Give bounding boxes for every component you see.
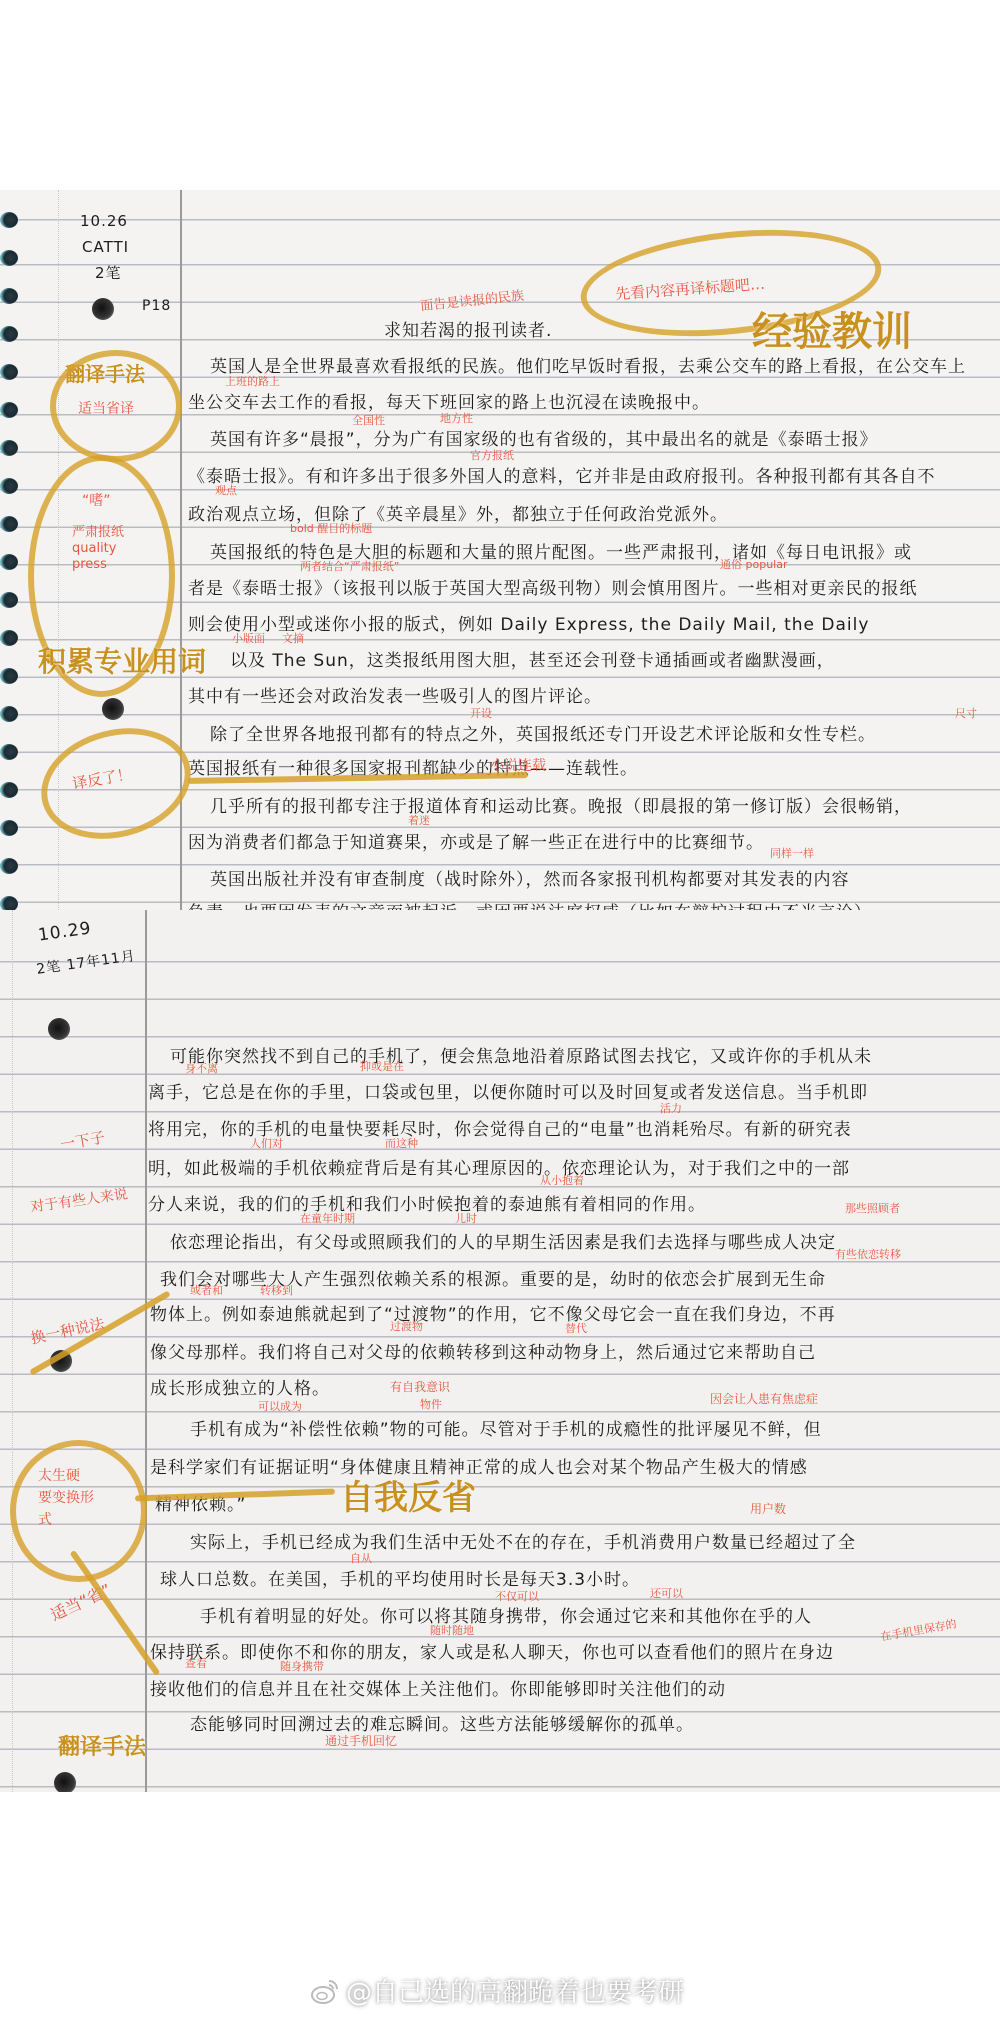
red-annotation: 面告是读报的民族 (419, 285, 524, 315)
spiral-binding (0, 190, 20, 910)
text-line: 者是《泰晤士报》（该报刊以版于英国大型高级刊物）则会慎用图片。一些相对更亲民的报… (188, 574, 918, 599)
text-line: 球人口总数。在美国，手机的平均使用时长是每天3.3小时。 (160, 1565, 640, 1590)
red-annotation: 官方报纸 (470, 447, 514, 463)
text-line: 手机有着明显的好处。你可以将其随身携带，你会通过它来和其他你在乎的人 (200, 1602, 812, 1627)
margin-note: 一下子 (59, 1126, 107, 1154)
red-annotation: bold 醒目的标题 (290, 520, 372, 536)
margin-note: 适当省译 (78, 398, 134, 418)
red-annotation: 着迷 (408, 812, 430, 828)
red-annotation: 尺寸 (955, 705, 977, 721)
red-annotation: 那些照顾者 (845, 1200, 900, 1216)
text-line: 英国有许多“晨报”，分为广有国家级的也有省级的，其中最出名的就是《泰晤士报》 (210, 425, 878, 450)
margin-note: “嗜” (82, 490, 111, 510)
red-annotation: 因会让人患有焦虑症 (710, 1390, 818, 1407)
red-annotation: 在童年时期 (300, 1210, 355, 1226)
margin-note: 对于有些人来说 (29, 1183, 129, 1216)
red-annotation: 自从 (350, 1550, 372, 1566)
red-annotation: 还可以 (650, 1585, 683, 1601)
text-line: 分人来说，我的们的手机和我们小时候抱着的泰迪熊有着相同的作用。 (148, 1190, 706, 1215)
text-line: 明，如此极端的手机依赖症背后是有其心理原因的。依恋理论认为，对于我们之中的一部 (148, 1154, 850, 1179)
text-line: 几乎所有的报刊都专注于报道体育和运动比赛。晚报（即晨报的第一修订版）会很畅销， (210, 792, 912, 817)
text-line: 政治观点立场，但除了《英辛晨星》外，都独立于任何政治党派外。 (188, 500, 728, 525)
red-annotation: 有些依恋转移 (835, 1246, 901, 1262)
text-line: 手机有成为“补偿性依赖”物的可能。尽管对于手机的成瘾性的批评屡见不鲜，但 (190, 1415, 822, 1440)
red-annotation: 通俗 popular (720, 556, 787, 572)
red-annotation: 小版面 (232, 630, 265, 646)
page-ref: P18 (142, 298, 171, 314)
red-annotation: 上班的路上 (225, 373, 280, 389)
red-annotation: 过渡物 (390, 1318, 423, 1334)
text-line: 是科学家们有证据证明“身体健康且精神正常的成人也会对某个物品产生极大的情感 (150, 1453, 808, 1478)
red-annotation: 转移到 (260, 1282, 293, 1298)
red-annotation: 用户数 (750, 1500, 786, 1517)
text-line: 负责。也要因发表的文章而被起诉，或因要说法庭权威（比如在辩护过程中不当言论） (188, 898, 872, 910)
red-annotation: 人们对 (250, 1135, 283, 1151)
red-annotation: 在手机里保存的 (879, 1615, 958, 1644)
red-annotation: 物件 (420, 1396, 442, 1412)
date: 10.29 (37, 918, 93, 945)
text-line: 离手，它总是在你的手里，口袋或包里，以便你随时可以及时回复或者发送信息。当手机即 (148, 1078, 868, 1103)
red-annotation: 可以成为 (258, 1398, 302, 1414)
text-line: 英国出版社并没有审查制度（战时除外），然而各家报刊机构都要对其发表的内容 (210, 865, 850, 890)
text-line: 除了全世界各地报刊都有的特点之外，英国报纸还专门开设艺术评论版和女性专栏。 (210, 720, 876, 745)
punch-hole (54, 1772, 76, 1792)
red-annotation: 开设 (470, 705, 492, 721)
tag-label: 2笔 (95, 262, 122, 283)
red-annotation: 儿时 (455, 1210, 477, 1226)
text-line: 像父母那样。我们将自己对父母的依赖转移到这种动物身上，然后通过它来帮助自己 (150, 1338, 816, 1363)
punch-hole (92, 298, 114, 320)
notebook-page-2: 10.29 2笔 17年11月 可能你突然找不到自己的手机了，便会焦急地沿着原路… (0, 910, 1000, 1792)
margin-note: 换一种说法 (29, 1312, 107, 1348)
text-line: 成长形成独立的人格。 (150, 1374, 330, 1399)
weibo-icon (310, 1976, 340, 2006)
red-annotation: 随时随地 (430, 1622, 474, 1638)
text-line: 以及 The Sun，这类报纸用图大胆，甚至还会刊登卡通插画或者幽默漫画， (230, 646, 835, 671)
text-line: 其中有一些还会对政治发表一些吸引人的图片评论。 (188, 682, 602, 707)
text-line: 实际上，手机已经成为我们生活中无处不在的存在，手机消费用户数量已经超过了全 (190, 1528, 856, 1553)
red-annotation: 随身携带 (280, 1658, 324, 1674)
perforation-line (12, 910, 13, 1792)
text-line: 态能够同时回溯过去的难忘瞬间。这些方法能够缓解你的孤单。 (190, 1710, 694, 1735)
overlay-label-method-2: 翻译手法 (58, 1730, 146, 1761)
text-line: 接收他们的信息并且在社交媒体上关注他们。你即能够即时关注他们的动 (150, 1675, 726, 1700)
text-line: 依恋理论指出，有父母或照顾我们的人的早期生活因素是我们去选择与哪些成人决定 (170, 1228, 836, 1253)
red-annotation: 同样一样 (770, 845, 814, 861)
margin-note: 太生硬 要变换形式 (38, 1465, 98, 1531)
red-annotation: 而这种 (385, 1135, 418, 1151)
text-line: 《泰晤士报》。有和许多出于很多外国人的意料，它并非是由政府报刊。各种报刊都有其各… (188, 462, 936, 487)
margin-note: 严肃报纸 quality press (72, 525, 142, 573)
overlay-label-vocab: 积累专业用词 (38, 640, 206, 680)
weibo-watermark: @自己选的高翻跪着也要考研 (310, 1972, 684, 2009)
red-annotation: 抑或是在 (360, 1058, 404, 1074)
tag-label: 2笔 17年11月 (35, 945, 137, 979)
watermark-text: @自己选的高翻跪着也要考研 (346, 1972, 684, 2009)
red-annotation: 活力 (660, 1100, 682, 1116)
red-annotation: 替代 (565, 1320, 587, 1336)
red-annotation: 通过手机回忆 (325, 1732, 397, 1749)
punch-hole (102, 698, 124, 720)
overlay-label-reflection: 自我反省 (340, 1470, 476, 1519)
red-annotation: 观点 (215, 482, 237, 498)
red-annotation: 文摘 (282, 630, 304, 646)
red-annotation: 两者结合“严肃报纸” (300, 558, 399, 574)
red-annotation: 地方性 (440, 410, 473, 426)
red-annotation: 从小抱着 (540, 1172, 584, 1188)
red-annotation: 或者和 (190, 1282, 223, 1298)
overlay-label-experience: 经验教训 (752, 300, 912, 357)
text-line: 因为消费者们都急于知道赛果，亦或是了解一些正在进行中的比赛细节。 (188, 828, 764, 853)
text-line: 可能你突然找不到自己的手机了，便会焦急地沿着原路试图去找它，又或许你的手机从未 (170, 1042, 872, 1067)
punch-hole (48, 1018, 70, 1040)
red-annotation: 有自我意识 (390, 1378, 450, 1395)
source-label: CATTI (82, 238, 129, 256)
text-line: 物体上。例如泰迪熊就起到了“过渡物”的作用，它不像父母它会一直在我们身边，不再 (150, 1300, 836, 1325)
text-line: 英国人是全世界最喜欢看报纸的民族。他们吃早饭时看报，去乘公交车的路上看报，在公交… (210, 352, 966, 377)
article-title: 求知若渴的报刊读者. (384, 316, 552, 341)
date: 10.26 (80, 212, 128, 230)
text-line: 保持联系。即使你不和你的朋友，家人或是私人聊天，你也可以查看他们的照片在身边 (150, 1638, 834, 1663)
notebook-page-1: 10.26 CATTI 2笔 P18 面告是读报的民族 先看内容再译标题吧… 经… (0, 190, 1000, 910)
red-annotation: 身不离 (185, 1060, 218, 1076)
